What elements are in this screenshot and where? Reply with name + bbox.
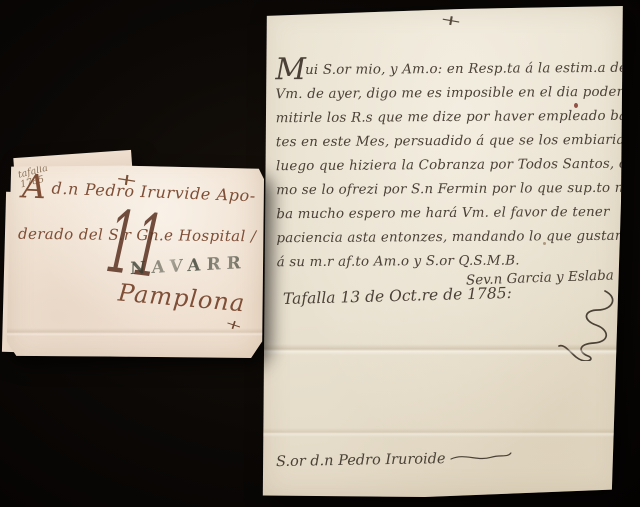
body-line: tes en este Mes, persuadido á que se los… <box>276 129 624 155</box>
docket-text: S.or d.n Pedro Iruroide <box>276 451 446 470</box>
fold-crease <box>261 428 625 437</box>
letter-sheet: + Mui S.or mio, y Am.o: en Resp.ta á la … <box>261 4 625 498</box>
cover-paper: tafalla 1785 + A d.n Pedro Irurvide Apo-… <box>6 150 264 358</box>
body-line: mitirle los R.s que me dize por haver em… <box>276 105 624 131</box>
body-line: paciencia asta entonzes, mandando lo que… <box>276 225 624 251</box>
fold-crease <box>261 344 625 355</box>
letter-paper: + Mui S.or mio, y Am.o: en Resp.ta á la … <box>261 4 625 498</box>
ink-stain <box>543 242 546 245</box>
pen-swash <box>448 449 512 464</box>
addressee-docket: S.or d.n Pedro Iruroide <box>276 449 513 470</box>
destination-city: Pamplona <box>117 279 246 318</box>
folded-letter-cover: tafalla 1785 + A d.n Pedro Irurvide Apo-… <box>6 150 264 358</box>
body-line: mo se lo ofrezi por S.n Fermin por lo qu… <box>276 177 624 203</box>
fold-crease <box>6 328 264 336</box>
body-line: luego que hiziera la Cobranza por Todos … <box>276 153 624 179</box>
body-line: ba mucho espero me hará Vm. el favor de … <box>276 201 624 227</box>
cross-mark: + <box>438 11 463 31</box>
letter-body-text: Mui S.or mio, y Am.o: en Resp.ta á la es… <box>275 57 624 275</box>
ink-stain <box>574 103 578 108</box>
body-line: Mui S.or mio, y Am.o: en Resp.ta á la es… <box>275 57 623 83</box>
photo-scene: tafalla 1785 + A d.n Pedro Irurvide Apo-… <box>0 0 640 507</box>
body-line: Vm. de ayer, digo me es imposible en el … <box>275 81 623 107</box>
